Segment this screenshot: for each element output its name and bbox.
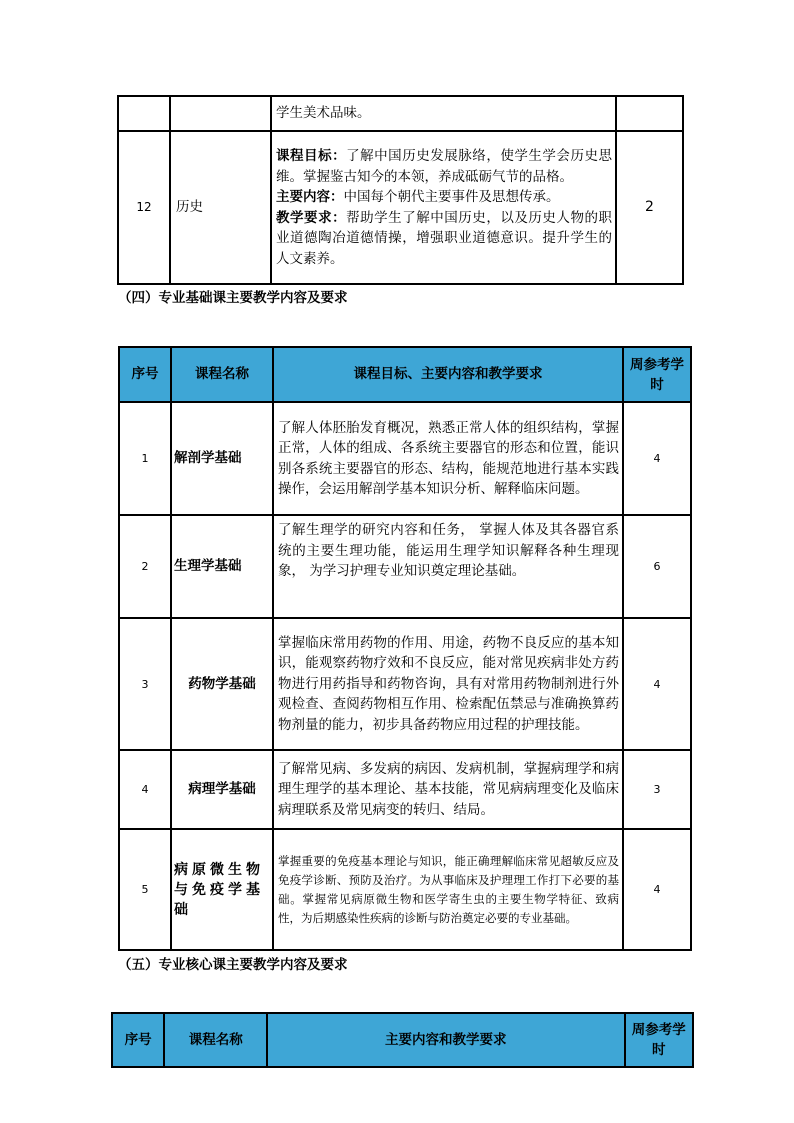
header-course-name: 课程名称 [171,347,273,402]
foundation-course-table: 序号 课程名称 课程目标、主要内容和教学要求 周参考学时 1 解剖学基础 了解人… [118,346,692,951]
section-heading-5: （五）专业核心课主要教学内容及要求 [118,953,348,973]
course-name: 解剖学基础 [171,402,273,515]
row-number: 3 [119,618,171,750]
header-description: 课程目标、主要内容和教学要求 [273,347,623,402]
row-number: 12 [118,131,170,284]
header-course-name: 课程名称 [164,1013,267,1067]
course-name [170,96,271,131]
table-header-row: 序号 课程名称 课程目标、主要内容和教学要求 周参考学时 [119,347,691,402]
course-description: 课程目标：了解中国历史发展脉络，使学生学会历史思维。掌握鉴古知今的本领，养成砥砺… [271,131,616,284]
table-header-row: 序号 课程名称 主要内容和教学要求 周参考学时 [112,1013,693,1067]
goal-label: 课程目标： [276,148,346,164]
requirement-label: 教学要求： [276,210,346,226]
header-weekly-hours: 周参考学时 [623,347,691,402]
section-heading-4: （四）专业基础课主要教学内容及要求 [118,286,348,306]
course-description: 了解生理学的研究内容和任务， 掌握人体及其各器官系统的主要生理功能，能运用生理学… [273,515,623,618]
header-description: 主要内容和教学要求 [267,1013,624,1067]
course-description: 学生美术品味。 [271,96,616,131]
core-course-table: 序号 课程名称 主要内容和教学要求 周参考学时 [111,1012,694,1068]
row-number: 2 [119,515,171,618]
course-name: 历史 [170,131,271,284]
table-row: 1 解剖学基础 了解人体胚胎发育概况，熟悉正常人体的组织结构，掌握正常，人体的组… [119,402,691,515]
header-number: 序号 [119,347,171,402]
weekly-hours [616,96,683,131]
course-name: 病理学基础 [171,750,273,829]
weekly-hours: 4 [623,829,691,950]
header-weekly-hours: 周参考学时 [625,1013,693,1067]
row-number: 1 [119,402,171,515]
row-number: 4 [119,750,171,829]
row-number [118,96,170,131]
weekly-hours: 6 [623,515,691,618]
course-description: 了解人体胚胎发育概况，熟悉正常人体的组织结构，掌握正常，人体的组成、各系统主要器… [273,402,623,515]
weekly-hours: 3 [623,750,691,829]
weekly-hours: 4 [623,402,691,515]
content-text: 中国每个朝代主要事件及思想传承。 [344,189,560,205]
content-label: 主要内容： [276,189,344,205]
header-number: 序号 [112,1013,164,1067]
table-row: 学生美术品味。 [118,96,683,131]
table-row: 12 历史 课程目标：了解中国历史发展脉络，使学生学会历史思维。掌握鉴古知今的本… [118,131,683,284]
course-name: 生理学基础 [171,515,273,618]
table-row: 3 药物学基础 掌握临床常用药物的作用、用途，药物不良反应的基本知识，能观察药物… [119,618,691,750]
table-row: 5 病原微生物与免疫学基础 掌握重要的免疫基本理论与知识，能正确理解临床常见超敏… [119,829,691,950]
weekly-hours: 2 [616,131,683,284]
weekly-hours: 4 [623,618,691,750]
row-number: 5 [119,829,171,950]
course-name: 病原微生物与免疫学基础 [171,829,273,950]
course-description: 掌握临床常用药物的作用、用途，药物不良反应的基本知识，能观察药物疗效和不良反应，… [273,618,623,750]
table-row: 4 病理学基础 了解常见病、多发病的病因、发病机制，掌握病理学和病理生理学的基本… [119,750,691,829]
course-name: 药物学基础 [171,618,273,750]
course-description: 了解常见病、多发病的病因、发病机制，掌握病理学和病理生理学的基本理论、基本技能，… [273,750,623,829]
course-description: 掌握重要的免疫基本理论与知识，能正确理解临床常见超敏反应及免疫学诊断、预防及治疗… [273,829,623,950]
previous-course-table: 学生美术品味。 12 历史 课程目标：了解中国历史发展脉络，使学生学会历史思维。… [117,95,684,285]
table-row: 2 生理学基础 了解生理学的研究内容和任务， 掌握人体及其各器官系统的主要生理功… [119,515,691,618]
